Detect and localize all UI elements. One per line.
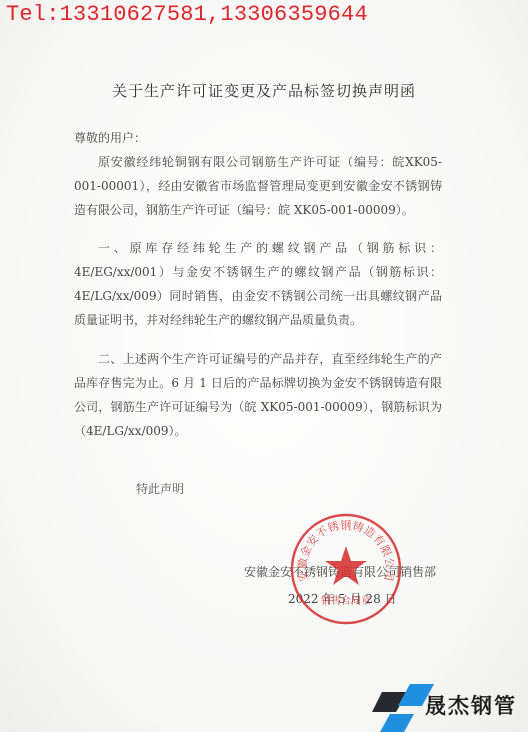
telephone-header: Tel:13310627581,13306359644 xyxy=(6,2,368,27)
document-title: 关于生产许可证变更及产品标签切换声明函 xyxy=(0,80,528,101)
greeting: 尊敬的用户： xyxy=(74,126,442,150)
paragraph-intro: 原安徽经纬轮铜钢有限公司钢筋生产许可证（编号：皖XK05-001-00001），… xyxy=(74,150,442,222)
signature-date: 2022 年 5 月 28 日 xyxy=(288,590,397,607)
paragraph-item-one: 一、原库存经纬轮生产的螺纹钢产品（钢筋标识：4E/EG/xx/001）与金安不锈… xyxy=(74,236,442,332)
logo-wordmark: 晟杰钢管 xyxy=(425,690,517,720)
closing-statement: 特此声明 xyxy=(136,480,184,497)
signer-organization: 安徽金安不锈钢铸造有限公司销售部 xyxy=(244,563,436,580)
paragraph-item-two: 二、上述两个生产许可证编号的产品并存，直至经纬轮生产的产品库存售完为止。6 月 … xyxy=(74,347,442,443)
